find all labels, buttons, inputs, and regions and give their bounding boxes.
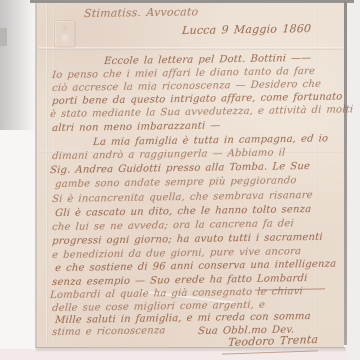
scan-shadow-topleft xyxy=(0,0,36,130)
paper-left-seam xyxy=(35,3,37,348)
paper-top-edge xyxy=(30,0,354,3)
letter-heading: Stimatiss. Avvocato xyxy=(84,6,199,20)
paper-right-edge xyxy=(344,1,347,345)
scan-background-right xyxy=(347,0,360,360)
fold-crease-vertical xyxy=(315,4,317,344)
letter-dateline: Lucca 9 Maggio 1860 xyxy=(182,23,312,37)
fold-crease-vertical xyxy=(46,4,48,344)
letter-line: stima e riconoscenza xyxy=(52,325,166,339)
fold-crease-horizontal xyxy=(38,47,343,50)
embossed-seal xyxy=(54,20,76,48)
scan-edge-artifact xyxy=(0,28,7,46)
